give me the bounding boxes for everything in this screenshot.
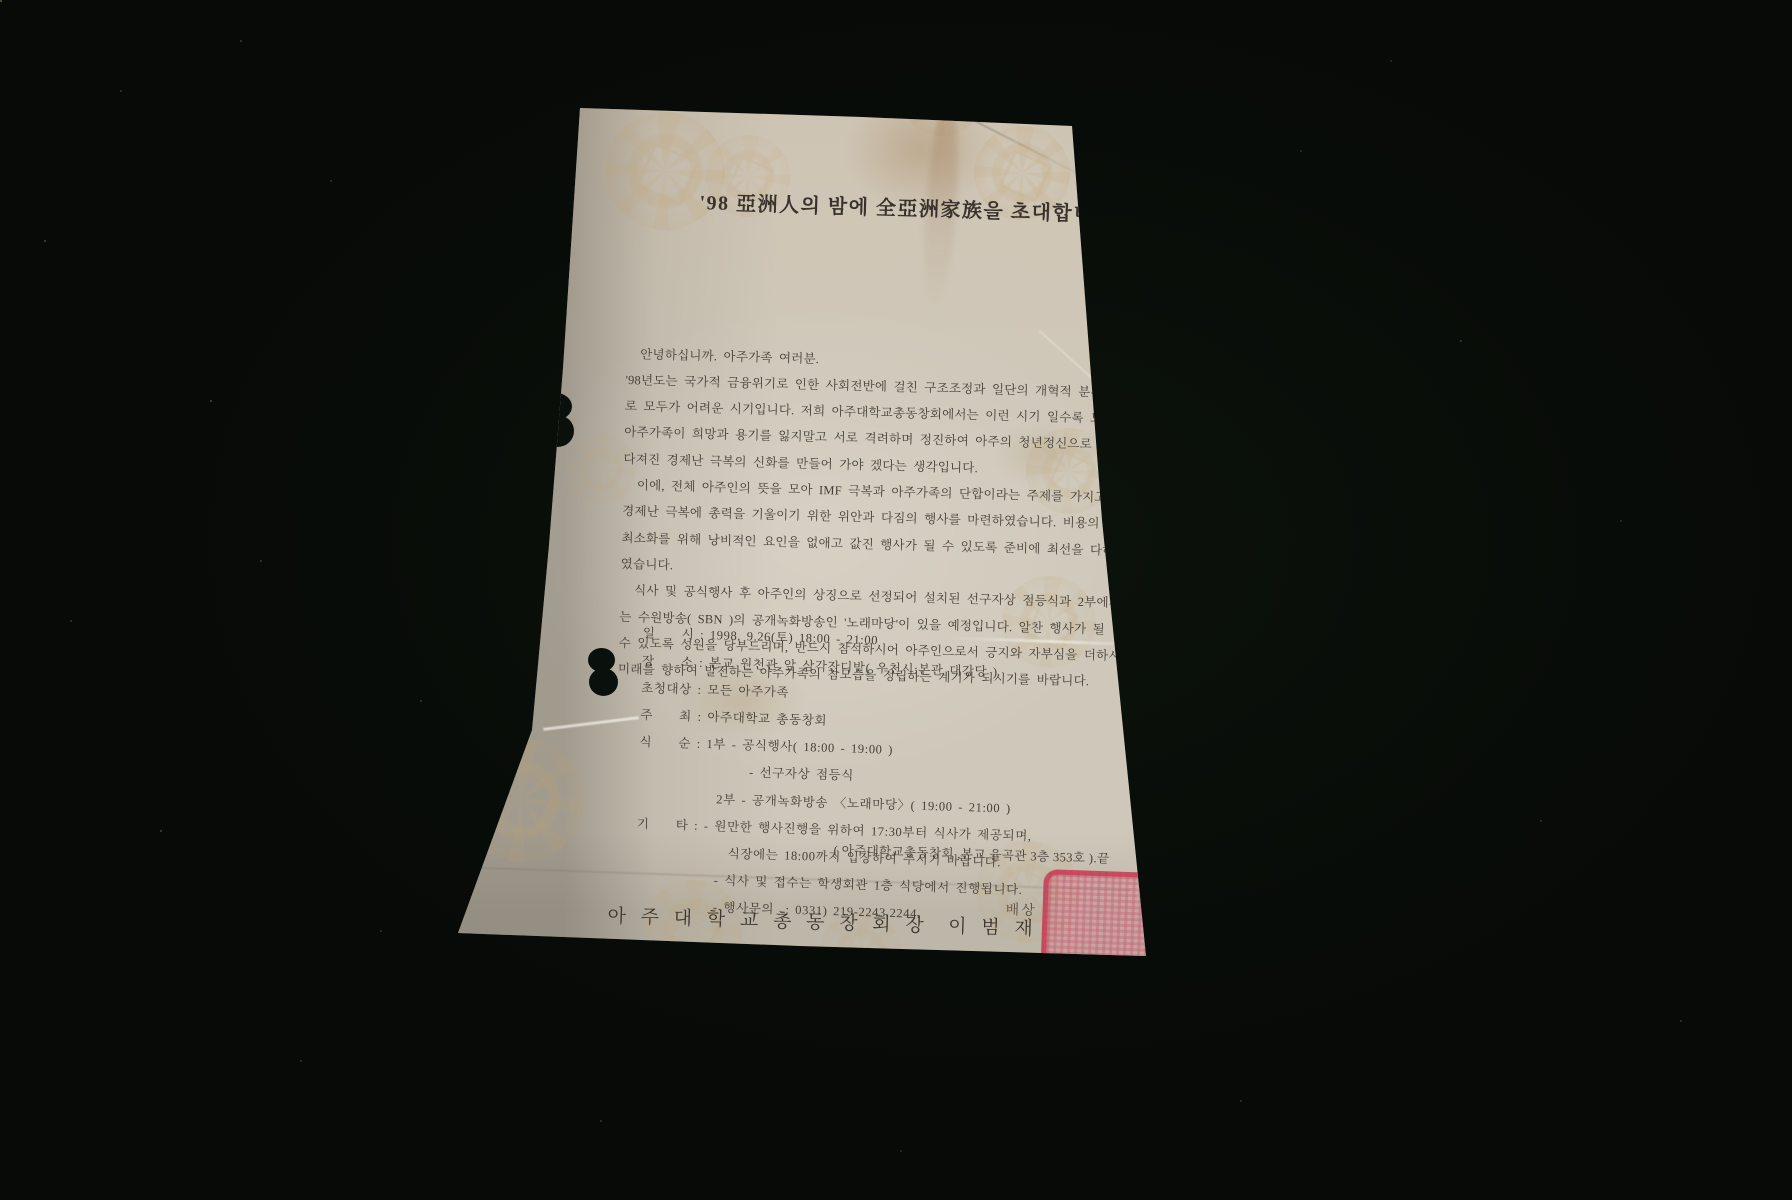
black-hole-punch-mark — [589, 668, 618, 696]
fold-crease — [543, 716, 639, 731]
black-hole-punch-mark — [540, 393, 572, 420]
photo-scene: '98 亞洲人의 밤에 全亞洲家族을 초대합니다. 안녕하십니까. 아주가족 여… — [0, 0, 1792, 1200]
signature-suffix: 배상 — [1005, 899, 1037, 920]
watermark-motif — [458, 738, 584, 862]
red-seal-stamp — [1040, 869, 1158, 987]
black-hole-punch-mark — [541, 415, 574, 447]
paper-document: '98 亞洲人의 밤에 全亞洲家族을 초대합니다. 안녕하십니까. 아주가족 여… — [0, 0, 1792, 1200]
film-grain-speckles — [0, 0, 2, 2]
